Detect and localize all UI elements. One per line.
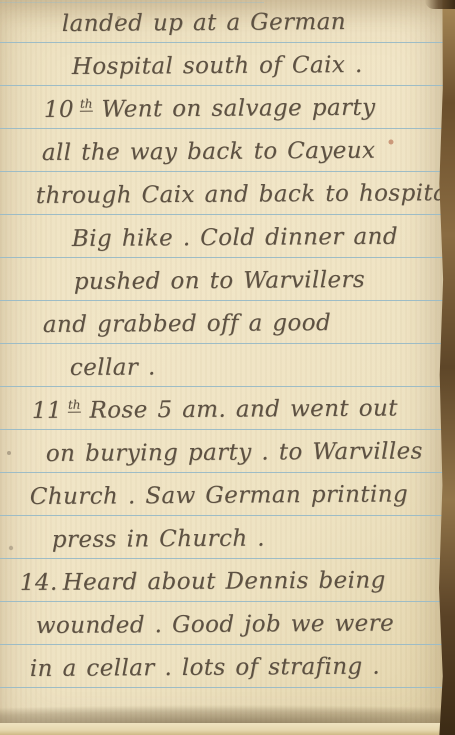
diary-line-text: Church . Saw German printing xyxy=(30,481,408,510)
ruled-line-row: all the way back to Cayeux xyxy=(0,129,443,172)
diary-line: in a cellar . lots of strafing . xyxy=(30,649,380,687)
diary-line: landed up at a German xyxy=(62,4,346,42)
diary-line: through Caix and back to hospital xyxy=(36,175,455,214)
ruled-rows: landed up at a German Hospital south of … xyxy=(0,0,443,688)
ruled-line-row: in a cellar . lots of strafing . xyxy=(0,645,443,688)
diary-line-text: wounded . Good job we were xyxy=(36,611,394,639)
page-bottom-curl-shadow xyxy=(0,698,455,726)
diary-line: press in Church . xyxy=(52,521,265,558)
diary-line: Church . Saw German printing xyxy=(30,476,408,515)
diary-line-text: on burying party . to Warvilles xyxy=(46,438,423,467)
ruled-line-row: Big hike . Cold dinner and xyxy=(0,215,443,258)
diary-line: 10thWent on salvage party xyxy=(44,84,376,128)
ruled-line-row: and grabbed off a good xyxy=(0,301,443,344)
diary-line-text: press in Church . xyxy=(52,526,265,553)
ruled-line-row: 14.Heard about Dennis being xyxy=(0,559,443,602)
diary-line-text: all the way back to Cayeux xyxy=(42,138,376,166)
diary-line-text: Went on salvage party xyxy=(101,95,375,123)
diary-line: Big hike . Cold dinner and xyxy=(72,219,398,257)
ruled-line-row: through Caix and back to hospital xyxy=(0,172,443,215)
entry-day: 10 xyxy=(44,97,74,123)
ruled-line-row: landed up at a German xyxy=(0,0,443,43)
ruled-line-row: 10thWent on salvage party xyxy=(0,86,443,129)
diary-line: 11thRose 5 am. and went out xyxy=(32,384,398,429)
ruled-line-row: press in Church . xyxy=(0,516,443,559)
diary-line-text: landed up at a German xyxy=(62,9,346,37)
diary-line: cellar . xyxy=(70,349,156,386)
diary-line-text: in a cellar . lots of strafing . xyxy=(30,654,380,682)
ruled-line-row: Church . Saw German printing xyxy=(0,473,443,516)
ruled-line-row: pushed on to Warvillers xyxy=(0,258,443,301)
ruled-line-row: cellar . xyxy=(0,344,443,387)
entry-day-suffix: th xyxy=(68,398,81,413)
diary-line: and grabbed off a good xyxy=(43,305,331,343)
diary-line: 14.Heard about Dennis being xyxy=(20,562,386,601)
diary-line-text: and grabbed off a good xyxy=(43,310,331,338)
diary-line-text: Rose 5 am. and went out xyxy=(89,395,397,423)
diary-line-text: cellar . xyxy=(70,354,156,381)
ruled-line-row: on burying party . to Warvilles xyxy=(0,430,443,473)
ruled-line-row: 11thRose 5 am. and went out xyxy=(0,387,443,430)
diary-line-text: Big hike . Cold dinner and xyxy=(72,224,398,252)
paper-foxing-specks xyxy=(0,0,2,2)
diary-line: on burying party . to Warvilles xyxy=(46,433,423,472)
next-page-edge xyxy=(0,723,444,735)
diary-line-text: pushed on to Warvillers xyxy=(74,267,365,295)
diary-line: pushed on to Warvillers xyxy=(74,262,365,300)
diary-line-text: Hospital south of Caix . xyxy=(72,52,363,80)
diary-line: wounded . Good job we were xyxy=(36,606,394,644)
diary-line-text: Heard about Dennis being xyxy=(63,567,386,595)
diary-line-text: through Caix and back to hospital xyxy=(36,180,455,209)
diary-line: Hospital south of Caix . xyxy=(72,47,363,85)
page-top-right-corner-shadow xyxy=(425,0,455,9)
entry-day: 14. xyxy=(20,570,58,596)
entry-day-suffix: th xyxy=(80,97,93,112)
ruled-line-row: Hospital south of Caix . xyxy=(0,43,443,86)
ruled-line-row: wounded . Good job we were xyxy=(0,602,443,645)
entry-day: 11 xyxy=(32,398,62,424)
diary-line: all the way back to Cayeux xyxy=(42,133,376,171)
notebook-page: landed up at a German Hospital south of … xyxy=(0,0,455,735)
